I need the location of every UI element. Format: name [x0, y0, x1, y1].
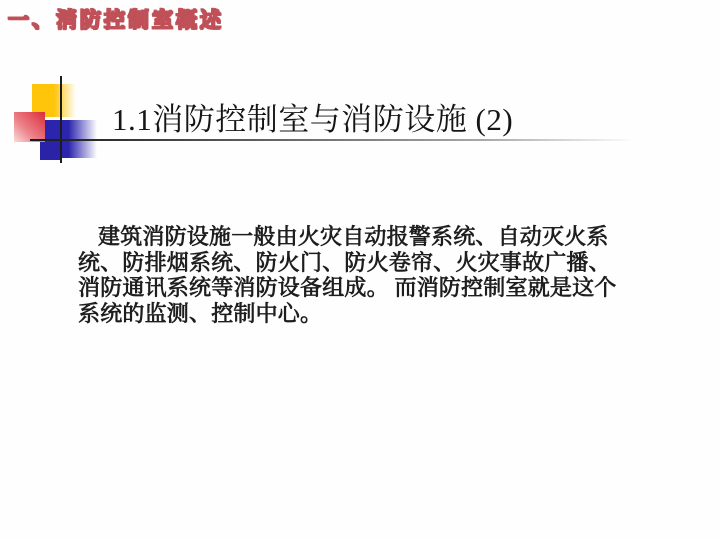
- decoration-blue-small-square: [40, 142, 62, 160]
- body-text-line: 统、防排烟系统、防火门、防火卷帘、火灾事故广播、: [78, 250, 598, 276]
- decoration-vertical-line: [60, 76, 62, 163]
- presentation-slide: 一、消防控制室概述 1.1消防控制室与消防设施 (2) 建筑消防设施一般由火灾自…: [0, 0, 720, 540]
- body-text-line: 系统的监测、控制中心。: [78, 301, 598, 327]
- body-text-line: 建筑消防设施一般由火灾自动报警系统、自动灭火系: [78, 224, 598, 250]
- slide-title: 1.1消防控制室与消防设施 (2): [112, 94, 513, 139]
- section-header: 一、消防控制室概述: [8, 4, 224, 34]
- body-paragraph: 建筑消防设施一般由火灾自动报警系统、自动灭火系 统、防排烟系统、防火门、防火卷帘…: [78, 224, 598, 327]
- title-underline: [30, 139, 636, 141]
- decoration-red-square: [14, 112, 45, 142]
- body-text-line: 消防通讯系统等消防设备组成。 而消防控制室就是这个: [78, 275, 598, 301]
